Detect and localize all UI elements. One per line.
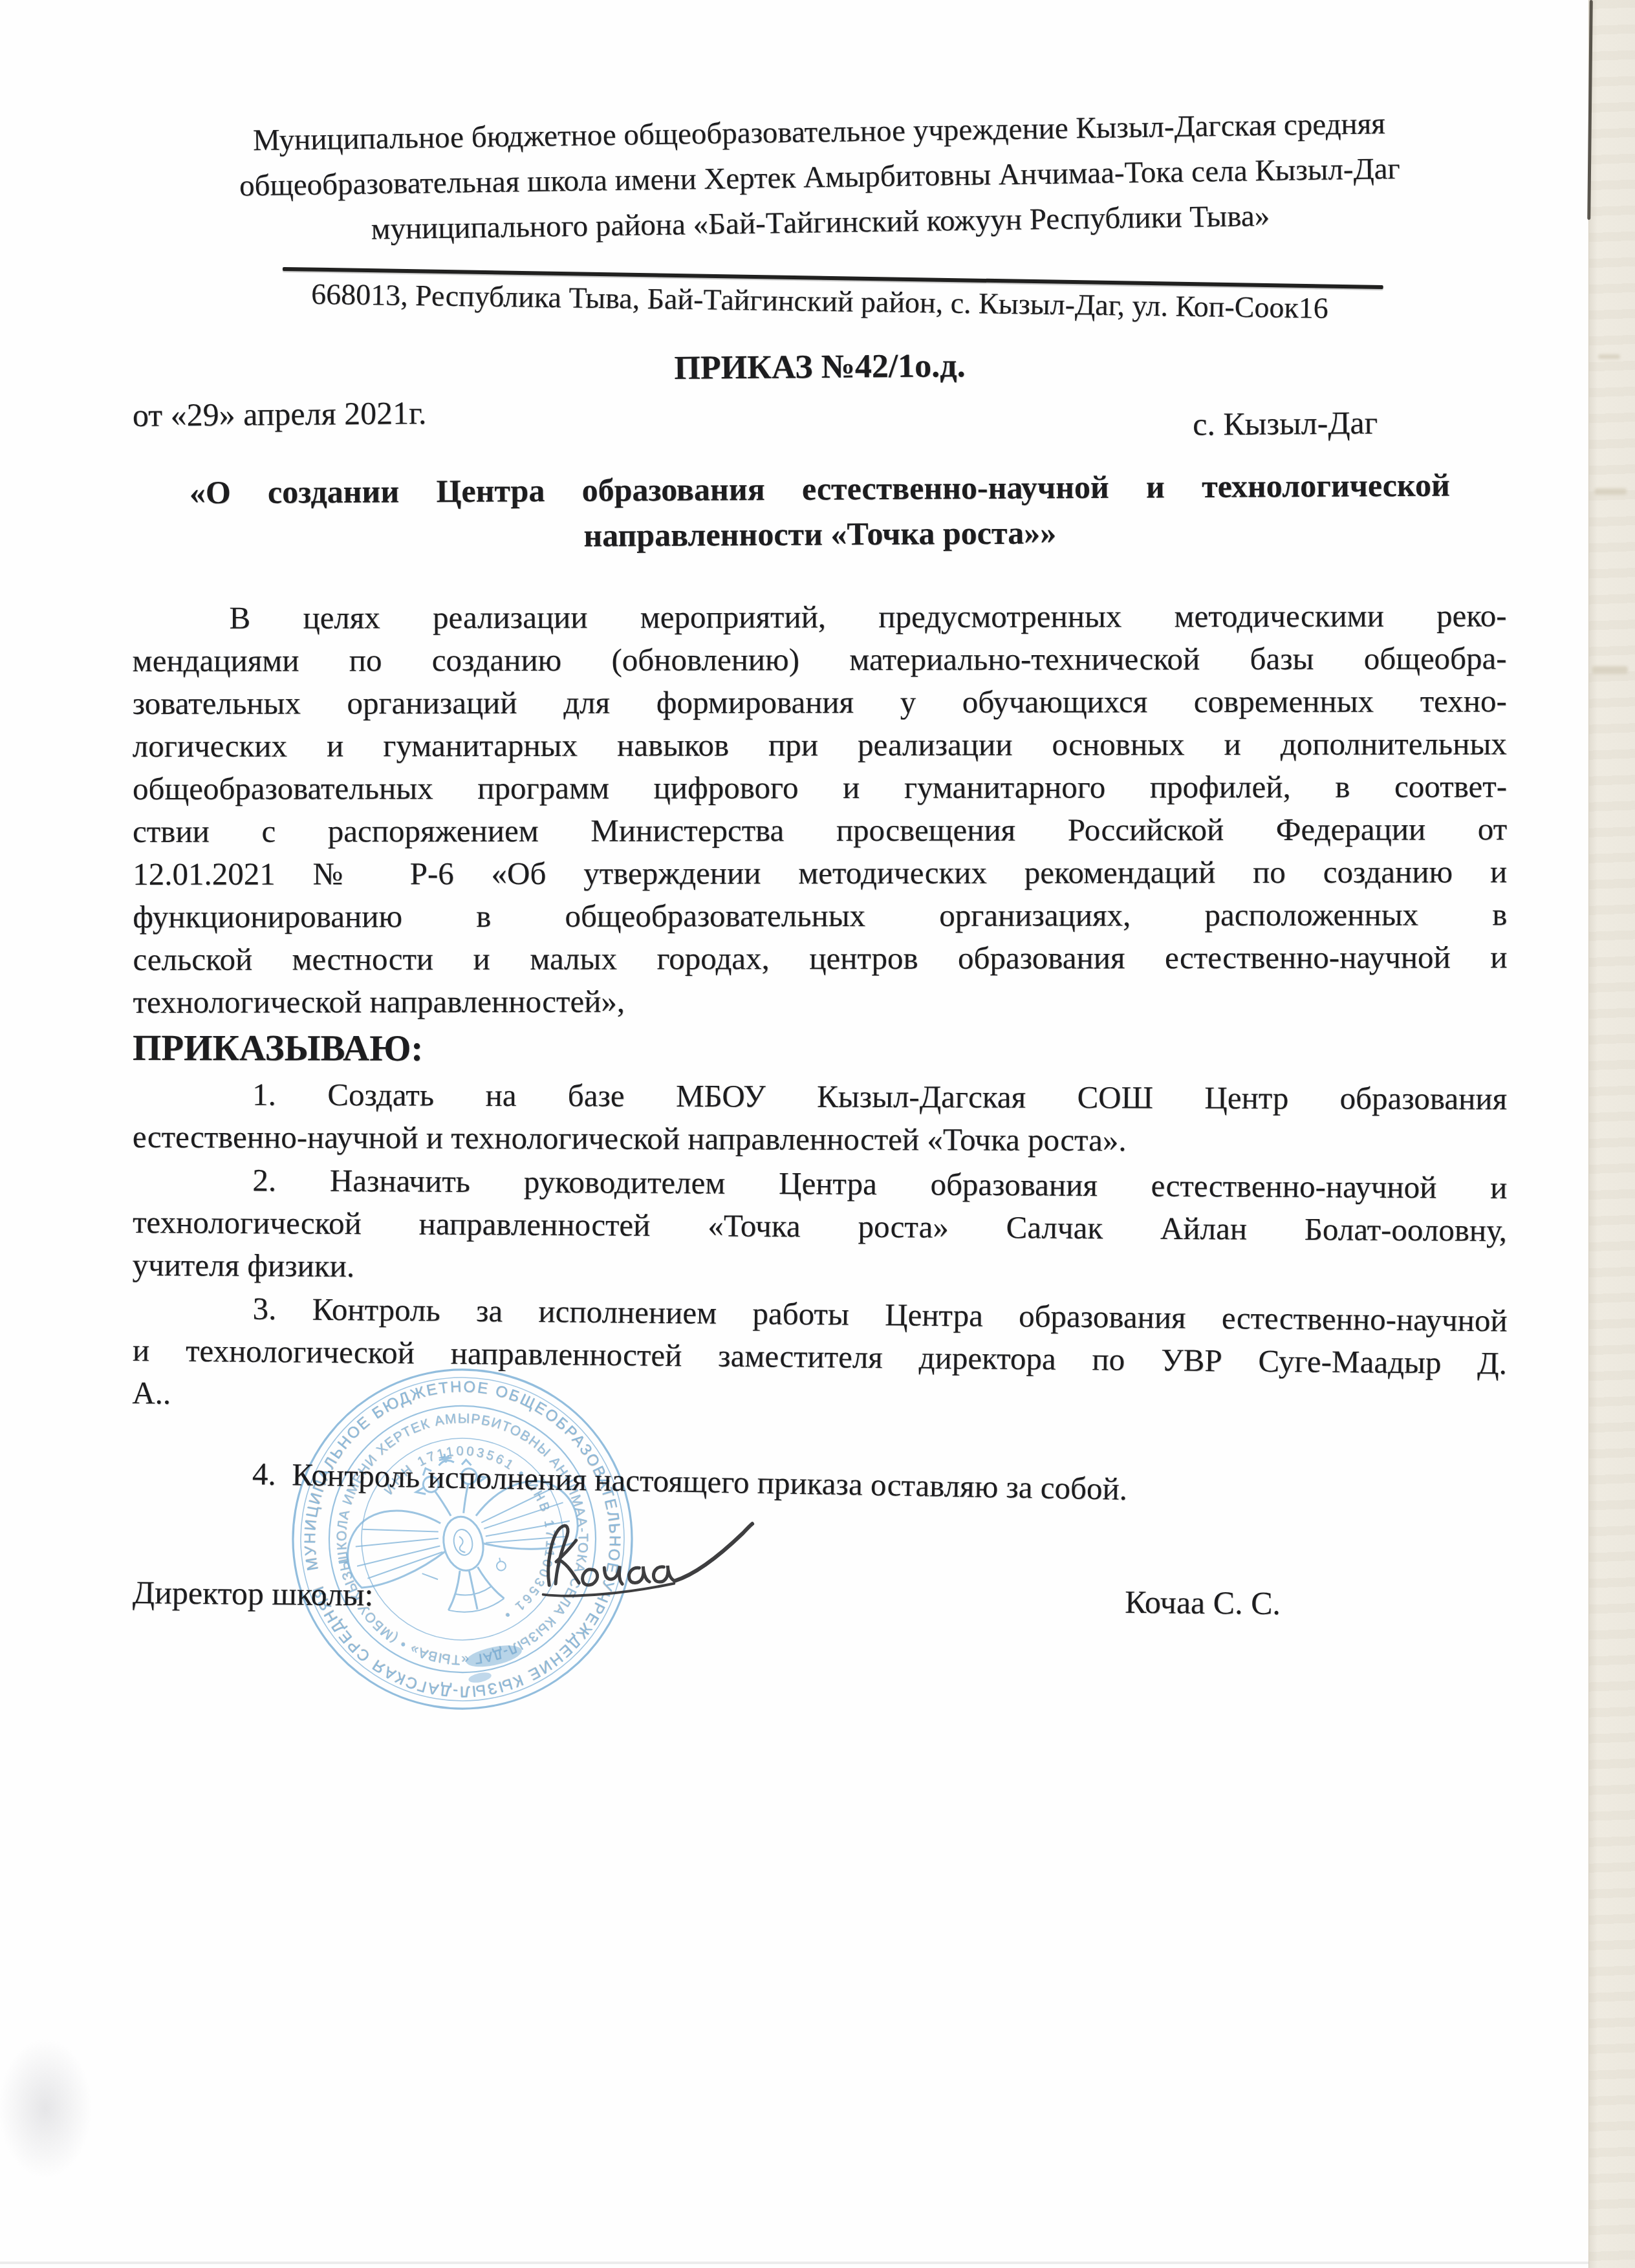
scan-streak xyxy=(1598,354,1620,359)
preamble-line: функционированию в общеобразовательных о… xyxy=(133,893,1507,938)
letterhead: Муниципальное бюджетное общеобразователь… xyxy=(131,99,1508,255)
scan-edge-strip xyxy=(1588,0,1635,2268)
scan-smudge xyxy=(0,2011,110,2205)
preamble-line: общеобразовательных программ цифрового и… xyxy=(133,765,1507,810)
address-line: 668013, Республика Тыва, Бай-Тайгинский … xyxy=(133,271,1508,332)
preamble-line: логических и гуманитарных навыков при ре… xyxy=(133,722,1507,768)
order-date: от «29» апреля 2021г. xyxy=(133,390,427,455)
item-line: 1. Создать на базе МБОУ Кызыл-Дагская СО… xyxy=(133,1073,1507,1120)
order-item-1: 1. Создать на базе МБОУ Кызыл-Дагская СО… xyxy=(133,1073,1507,1163)
order-title-line: направленности «Точка роста»» xyxy=(133,507,1507,561)
scan-streak xyxy=(1594,488,1627,495)
order-place: с. Кызыл-Даг xyxy=(1193,398,1508,463)
preamble-line: технологической направленностей», xyxy=(133,978,1507,1024)
date-place-row: от «29» апреля 2021г. с. Кызыл-Даг xyxy=(133,380,1508,455)
scanned-order-document: Муниципальное бюджетное общеобразователь… xyxy=(0,0,1635,2268)
scan-streak xyxy=(1592,666,1628,674)
preamble-line: мендациями по созданию (обновлению) мате… xyxy=(133,637,1507,682)
preamble-line: В целях реализации мероприятий, предусмо… xyxy=(132,594,1506,640)
order-title-line: «О создании Центра образования естествен… xyxy=(189,462,1450,515)
director-signature xyxy=(528,1495,765,1626)
preamble-paragraph: В целях реализации мероприятий, предусмо… xyxy=(132,594,1507,1024)
signatory-name: Кочаа С. С. xyxy=(1125,1581,1507,1627)
item-line: естественно-научной и технологической на… xyxy=(133,1116,1507,1163)
preamble-line: 12.01.2021 № Р-6 «Об утверждении методич… xyxy=(133,850,1507,896)
item-line: учителя физики. xyxy=(132,1244,1506,1295)
scan-bottom-line xyxy=(0,2262,1588,2264)
signature-stroke xyxy=(541,1519,755,1597)
order-item-2: 2. Назначить руководителем Центра образо… xyxy=(132,1158,1507,1295)
order-title: «О создании Центра образования естествен… xyxy=(133,462,1508,561)
preamble-line: зовательных организаций для формирования… xyxy=(133,680,1507,725)
resolution-heading: ПРИКАЗЫВАЮ: xyxy=(133,1024,1507,1075)
preamble-line: ствии с распоряжением Министерства просв… xyxy=(133,808,1507,853)
preamble-line: сельской местности и малых городах, цент… xyxy=(133,936,1507,981)
